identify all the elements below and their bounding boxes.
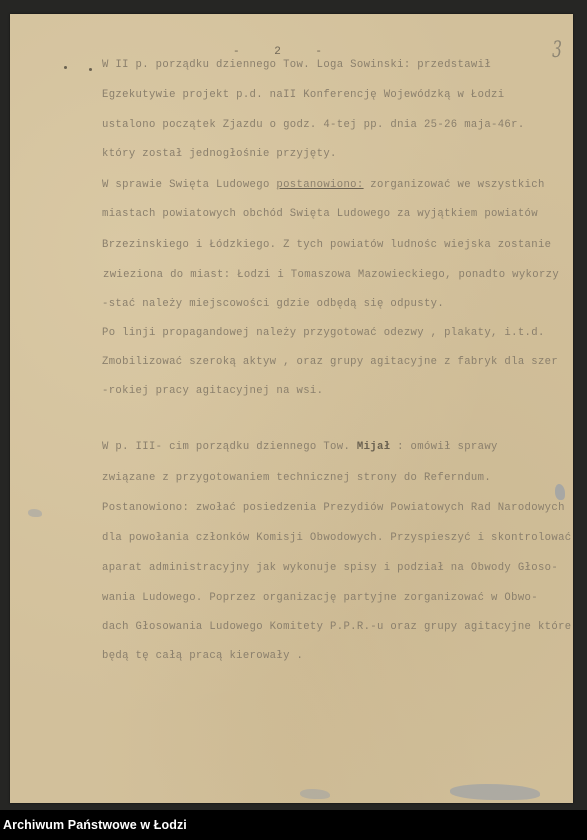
- text-lead: W p. III- cim porządku dziennego Tow.: [102, 441, 357, 453]
- text-line: aparat administracyjny jak wykonuje spis…: [102, 563, 558, 574]
- text-line: Po linji propagandowej należy przygotowa…: [102, 328, 545, 339]
- text-line: -rokiej pracy agitacyjnej na wsi.: [102, 386, 323, 397]
- text-line: W sprawie Swięta Ludowego postanowiono: …: [102, 180, 545, 191]
- text-line: który został jednogłośnie przyjęty.: [102, 149, 337, 160]
- paper-stain: [555, 484, 565, 500]
- archive-caption-bar: Archiwum Państwowe w Łodzi: [0, 810, 587, 840]
- text-line: związane z przygotowaniem technicznej st…: [102, 473, 491, 484]
- archive-name: Archiwum Państwowe w Łodzi: [3, 818, 187, 832]
- document-page: - 2 - 3 W II p. porządku dziennego Tow. …: [10, 14, 573, 803]
- underlined-decision: postanowiono:: [276, 179, 363, 191]
- ink-mark: [89, 68, 92, 71]
- text-line: będą tę całą pracą kierowały .: [102, 651, 303, 662]
- text-lead: W sprawie Swięta Ludowego: [102, 179, 276, 191]
- text-line: Egzekutywie projekt p.d. naII Konferencj…: [102, 90, 504, 101]
- text-line: dach Głosowania Ludowego Komitety P.P.R.…: [102, 622, 572, 633]
- text-line: -stać należy miejscowości gdzie odbędą s…: [102, 299, 444, 310]
- text-line: wania Ludowego. Poprzez organizację part…: [102, 593, 538, 604]
- text-line: zwieziona do miast: Łodzi i Tomaszowa Ma…: [103, 270, 559, 281]
- handwritten-folio-number: 3: [552, 38, 562, 63]
- text-line: W p. III- cim porządku dziennego Tow. Mi…: [102, 442, 498, 453]
- text-tail: : omówił sprawy: [390, 441, 497, 453]
- text-line: Postanowiono: zwołać posiedzenia Prezydi…: [102, 503, 565, 514]
- text-line: Brzezinskiego i Łódzkiego. Z tych powiat…: [102, 240, 551, 251]
- text-tail: zorganizować we wszystkich: [364, 179, 545, 191]
- text-line: ustalono początek Zjazdu o godz. 4-tej p…: [102, 120, 525, 131]
- text-line: W II p. porządku dziennego Tow. Loga Sow…: [102, 60, 491, 71]
- text-line: dla powołania członków Komisji Obwodowyc…: [102, 533, 572, 544]
- ink-mark: [64, 66, 67, 69]
- document-viewer: - 2 - 3 W II p. porządku dziennego Tow. …: [0, 0, 587, 810]
- paper-stain: [28, 509, 42, 517]
- text-line: Zmobilizować szeroką aktyw , oraz grupy …: [102, 357, 558, 368]
- text-line: miastach powiatowych obchód Swięta Ludow…: [102, 209, 538, 220]
- page-number: - 2 -: [233, 46, 336, 58]
- paper-stain: [300, 789, 330, 799]
- speaker-name: Mijał: [357, 441, 391, 453]
- paper-stain: [450, 784, 540, 800]
